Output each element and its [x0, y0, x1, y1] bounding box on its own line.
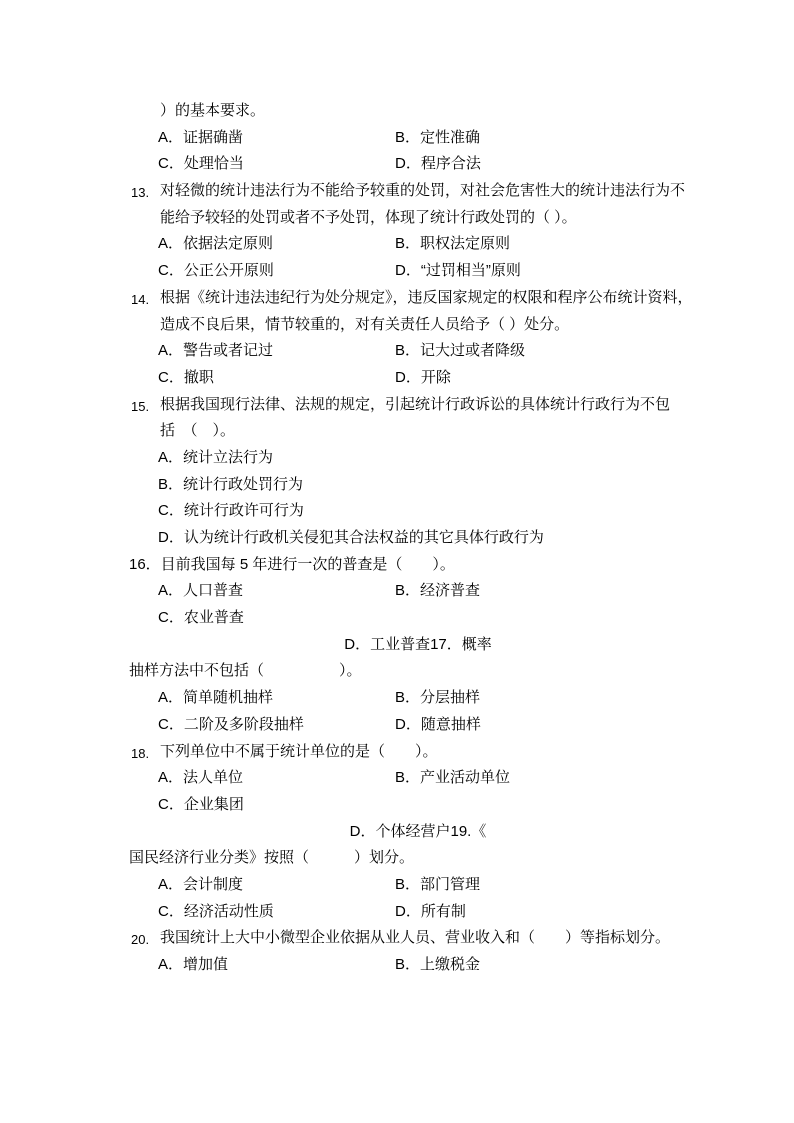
question-text: 根据《统计违法违纪行为处分规定》，违反国家规定的权限和程序公布统计资料， [160, 288, 693, 308]
question-13-options-ab: A．依据法定原则 B．职权法定原则 [0, 234, 794, 261]
option-b: B．产业活动单位 [395, 768, 510, 788]
option-b: B．定性准确 [395, 128, 480, 148]
option-c: C．撤职 [158, 368, 214, 388]
question-17-continuation: 抽样方法中不包括（ ）。 [0, 661, 794, 688]
question-15-option-c: C．统计行政许可行为 [0, 501, 794, 528]
option-c: C．二阶及多阶段抽样 [158, 715, 304, 735]
question-text: 我国统计上大中小微型企业依据从业人员、营业收入和（ ）等指标划分。 [160, 928, 670, 948]
question-14-line-2: 造成不良后果，情节较重的，对有关责任人员给予（ ）处分。 [0, 315, 794, 342]
option-a: A．法人单位 [158, 768, 243, 788]
question-12-options-ab: A．证据确凿 B．定性准确 [0, 128, 794, 155]
question-number: 13. [131, 183, 149, 203]
question-text: 抽样方法中不包括（ ）。 [129, 662, 362, 679]
question-text: 对轻微的统计违法行为不能给予较重的处罚，对社会危害性大的统计违法行为不 [160, 181, 685, 201]
question-number: 18. [131, 744, 149, 764]
option-d: D．“过罚相当”原则 [395, 261, 521, 281]
option-a: A．人口普查 [158, 581, 243, 601]
option-b: B．职权法定原则 [395, 234, 510, 254]
option-d: D．认为统计行政机关侵犯其合法权益的其它具体行政行为 [158, 528, 544, 548]
question-text: 括 （ ）。 [160, 422, 235, 439]
option-b: B．经济普查 [395, 581, 480, 601]
question-number: 15. [131, 397, 149, 417]
question-13-line-2: 能给予较轻的处罚或者不予处罚，体现了统计行政处罚的（ ）。 [0, 208, 794, 235]
option-a: A．证据确凿 [158, 128, 243, 148]
option-a: A．依据法定原则 [158, 234, 273, 254]
option-d: D．开除 [395, 368, 451, 388]
option-a: A．警告或者记过 [158, 341, 273, 361]
question-20-options-ab: A．增加值 B．上缴税金 [0, 955, 794, 982]
question-17-options-cd: C．二阶及多阶段抽样 D．随意抽样 [0, 715, 794, 742]
option-a: A．增加值 [158, 955, 228, 975]
option-c: C．企业集团 [158, 795, 244, 815]
question-number: 20. [131, 930, 149, 950]
question-text: ）的基本要求。 [160, 102, 265, 119]
option-d-and-question-19: D．个体经营户19.《 [350, 823, 487, 840]
question-12-continuation: ）的基本要求。 [0, 101, 794, 128]
question-15-line-1: 15. 根据我国现行法律、法规的规定，引起统计行政诉讼的具体统计行政行为不包 [0, 395, 794, 422]
question-15-option-b: B．统计行政处罚行为 [0, 475, 794, 502]
option-d: D．程序合法 [395, 154, 481, 174]
question-18-line-1: 18. 下列单位中不属于统计单位的是（ ）。 [0, 742, 794, 769]
option-b: B．部门管理 [395, 875, 480, 895]
question-number: 14. [131, 290, 149, 310]
question-15-option-d: D．认为统计行政机关侵犯其合法权益的其它具体行政行为 [0, 528, 794, 555]
option-b: B．分层抽样 [395, 688, 480, 708]
option-c: C．经济活动性质 [158, 902, 274, 922]
question-18-option-c: C．企业集团 [0, 795, 794, 822]
question-text: 能给予较轻的处罚或者不予处罚，体现了统计行政处罚的（ ）。 [160, 209, 577, 226]
question-text: 根据我国现行法律、法规的规定，引起统计行政诉讼的具体统计行政行为不包 [160, 395, 670, 415]
question-19-options-cd: C．经济活动性质 D．所有制 [0, 902, 794, 929]
option-c: C．公正公开原则 [158, 261, 274, 281]
option-a: A．会计制度 [158, 875, 243, 895]
option-b: B．上缴税金 [395, 955, 480, 975]
exam-question-list: ）的基本要求。 A．证据确凿 B．定性准确 C．处理恰当 D．程序合法 13. … [0, 101, 794, 982]
question-text: 下列单位中不属于统计单位的是（ ）。 [160, 742, 438, 762]
question-14-options-cd: C．撤职 D．开除 [0, 368, 794, 395]
question-text: 造成不良后果，情节较重的，对有关责任人员给予（ ）处分。 [160, 316, 569, 333]
question-18-options-ab: A．法人单位 B．产业活动单位 [0, 768, 794, 795]
question-14-options-ab: A．警告或者记过 B．记大过或者降级 [0, 341, 794, 368]
option-c: C．处理恰当 [158, 154, 244, 174]
option-d: D．所有制 [395, 902, 466, 922]
option-d: D．随意抽样 [395, 715, 481, 735]
document-page: ）的基本要求。 A．证据确凿 B．定性准确 C．处理恰当 D．程序合法 13. … [0, 0, 794, 1123]
question-text: 16．目前我国每 5 年进行一次的普查是（ ）。 [129, 556, 455, 573]
question-13-options-cd: C．公正公开原则 D．“过罚相当”原则 [0, 261, 794, 288]
question-15-option-a: A．统计立法行为 [0, 448, 794, 475]
question-19-options-ab: A．会计制度 B．部门管理 [0, 875, 794, 902]
option-c: C．农业普查 [158, 608, 244, 628]
question-16-option-d-and-q17: D．工业普查17．概率 [0, 635, 794, 662]
question-20-line-1: 20. 我国统计上大中小微型企业依据从业人员、营业收入和（ ）等指标划分。 [0, 928, 794, 955]
question-16-options-ab: A．人口普查 B．经济普查 [0, 581, 794, 608]
question-14-line-1: 14. 根据《统计违法违纪行为处分规定》，违反国家规定的权限和程序公布统计资料， [0, 288, 794, 315]
option-d-and-question-17: D．工业普查17．概率 [344, 636, 492, 653]
question-17-options-ab: A．简单随机抽样 B．分层抽样 [0, 688, 794, 715]
option-b: B．记大过或者降级 [395, 341, 525, 361]
question-16-line-1: 16．目前我国每 5 年进行一次的普查是（ ）。 [0, 555, 794, 582]
question-16-option-c: C．农业普查 [0, 608, 794, 635]
option-c: C．统计行政许可行为 [158, 501, 304, 521]
option-b: B．统计行政处罚行为 [158, 475, 303, 495]
option-a: A．简单随机抽样 [158, 688, 273, 708]
question-19-continuation: 国民经济行业分类》按照（ ）划分。 [0, 848, 794, 875]
question-18-option-d-and-q19: D．个体经营户19.《 [0, 822, 794, 849]
question-13-line-1: 13. 对轻微的统计违法行为不能给予较重的处罚，对社会危害性大的统计违法行为不 [0, 181, 794, 208]
question-text: 国民经济行业分类》按照（ ）划分。 [129, 849, 414, 866]
question-15-line-2: 括 （ ）。 [0, 421, 794, 448]
option-a: A．统计立法行为 [158, 448, 273, 468]
question-12-options-cd: C．处理恰当 D．程序合法 [0, 154, 794, 181]
